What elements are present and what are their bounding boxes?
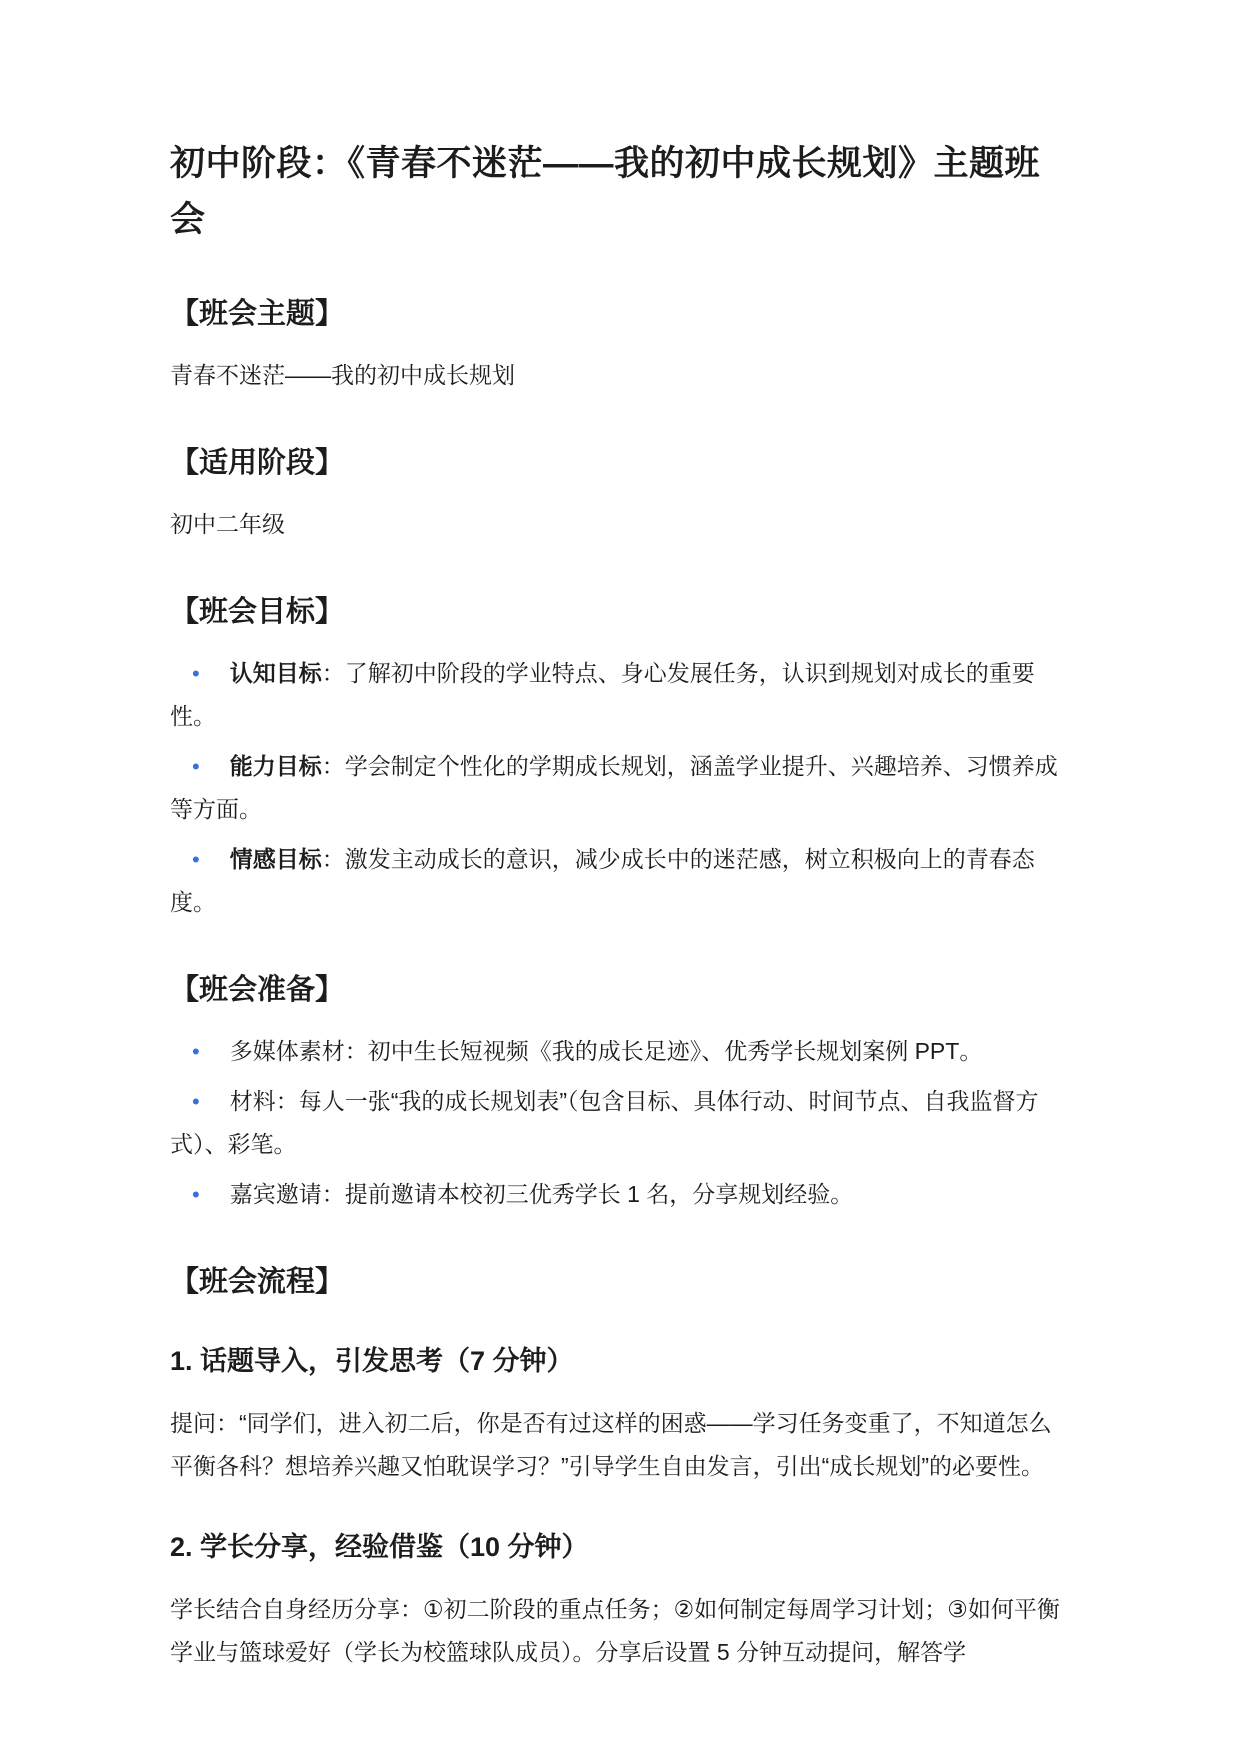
section-preparation: 【班会准备】 •多媒体素材：初中生长短视频《我的成长足迹》、优秀学长规划案例 P… [170, 970, 1071, 1216]
section-theme-paragraph: 青春不迷茫——我的初中成长规划 [170, 354, 1071, 397]
section-process-heading: 【班会流程】 [170, 1262, 1071, 1302]
list-item: •材料：每人一张“我的成长规划表”（包含目标、具体行动、时间节点、自我监督方式）… [170, 1080, 1071, 1166]
bullet-icon: • [192, 1182, 200, 1207]
bullet-text: 材料：每人一张“我的成长规划表”（包含目标、具体行动、时间节点、自我监督方式）、… [170, 1088, 1039, 1157]
bullet-icon: • [192, 1089, 200, 1114]
list-item: •认知目标：了解初中阶段的学业特点、身心发展任务，认识到规划对成长的重要性。 [170, 652, 1071, 738]
bullet-icon: • [192, 847, 200, 872]
list-item: •多媒体素材：初中生长短视频《我的成长足迹》、优秀学长规划案例 PPT。 [170, 1030, 1071, 1073]
bullet-icon: • [192, 754, 200, 779]
section-goals-heading: 【班会目标】 [170, 592, 1071, 632]
bullet-text: 多媒体素材：初中生长短视频《我的成长足迹》、优秀学长规划案例 PPT。 [230, 1038, 983, 1064]
section-theme-heading: 【班会主题】 [170, 294, 1071, 334]
section-stage-heading: 【适用阶段】 [170, 443, 1071, 483]
section-theme: 【班会主题】 青春不迷茫——我的初中成长规划 [170, 294, 1071, 397]
bullet-label: 情感目标 [230, 846, 322, 872]
document-page: 初中阶段：《青春不迷茫——我的初中成长规划》主题班会 【班会主题】 青春不迷茫—… [0, 0, 1241, 1755]
preparation-bullet-list: •多媒体素材：初中生长短视频《我的成长足迹》、优秀学长规划案例 PPT。 •材料… [170, 1030, 1071, 1216]
section-goals: 【班会目标】 •认知目标：了解初中阶段的学业特点、身心发展任务，认识到规划对成长… [170, 592, 1071, 924]
bullet-label: 认知目标 [230, 660, 322, 686]
bullet-icon: • [192, 661, 200, 686]
flow-step-2-heading: 2. 学长分享，经验借鉴（10 分钟） [170, 1528, 1071, 1566]
list-item: •情感目标：激发主动成长的意识，减少成长中的迷茫感，树立积极向上的青春态度。 [170, 838, 1071, 924]
section-preparation-heading: 【班会准备】 [170, 970, 1071, 1010]
flow-step-2-paragraph: 学长结合自身经历分享：①初二阶段的重点任务；②如何制定每周学习计划；③如何平衡学… [170, 1588, 1071, 1674]
goals-bullet-list: •认知目标：了解初中阶段的学业特点、身心发展任务，认识到规划对成长的重要性。 •… [170, 652, 1071, 924]
list-item: •嘉宾邀请：提前邀请本校初三优秀学长 1 名，分享规划经验。 [170, 1173, 1071, 1216]
document-title: 初中阶段：《青春不迷茫——我的初中成长规划》主题班会 [170, 136, 1071, 248]
bullet-icon: • [192, 1039, 200, 1064]
section-stage-paragraph: 初中二年级 [170, 503, 1071, 546]
flow-step-1-paragraph: 提问：“同学们，进入初二后，你是否有过这样的困惑——学习任务变重了，不知道怎么平… [170, 1402, 1071, 1488]
section-stage: 【适用阶段】 初中二年级 [170, 443, 1071, 546]
bullet-text: 嘉宾邀请：提前邀请本校初三优秀学长 1 名，分享规划经验。 [230, 1181, 854, 1207]
flow-step-1-heading: 1. 话题导入，引发思考（7 分钟） [170, 1342, 1071, 1380]
section-process: 【班会流程】 1. 话题导入，引发思考（7 分钟） 提问：“同学们，进入初二后，… [170, 1262, 1071, 1674]
list-item: •能力目标：学会制定个性化的学期成长规划，涵盖学业提升、兴趣培养、习惯养成等方面… [170, 745, 1071, 831]
bullet-label: 能力目标 [230, 753, 322, 779]
